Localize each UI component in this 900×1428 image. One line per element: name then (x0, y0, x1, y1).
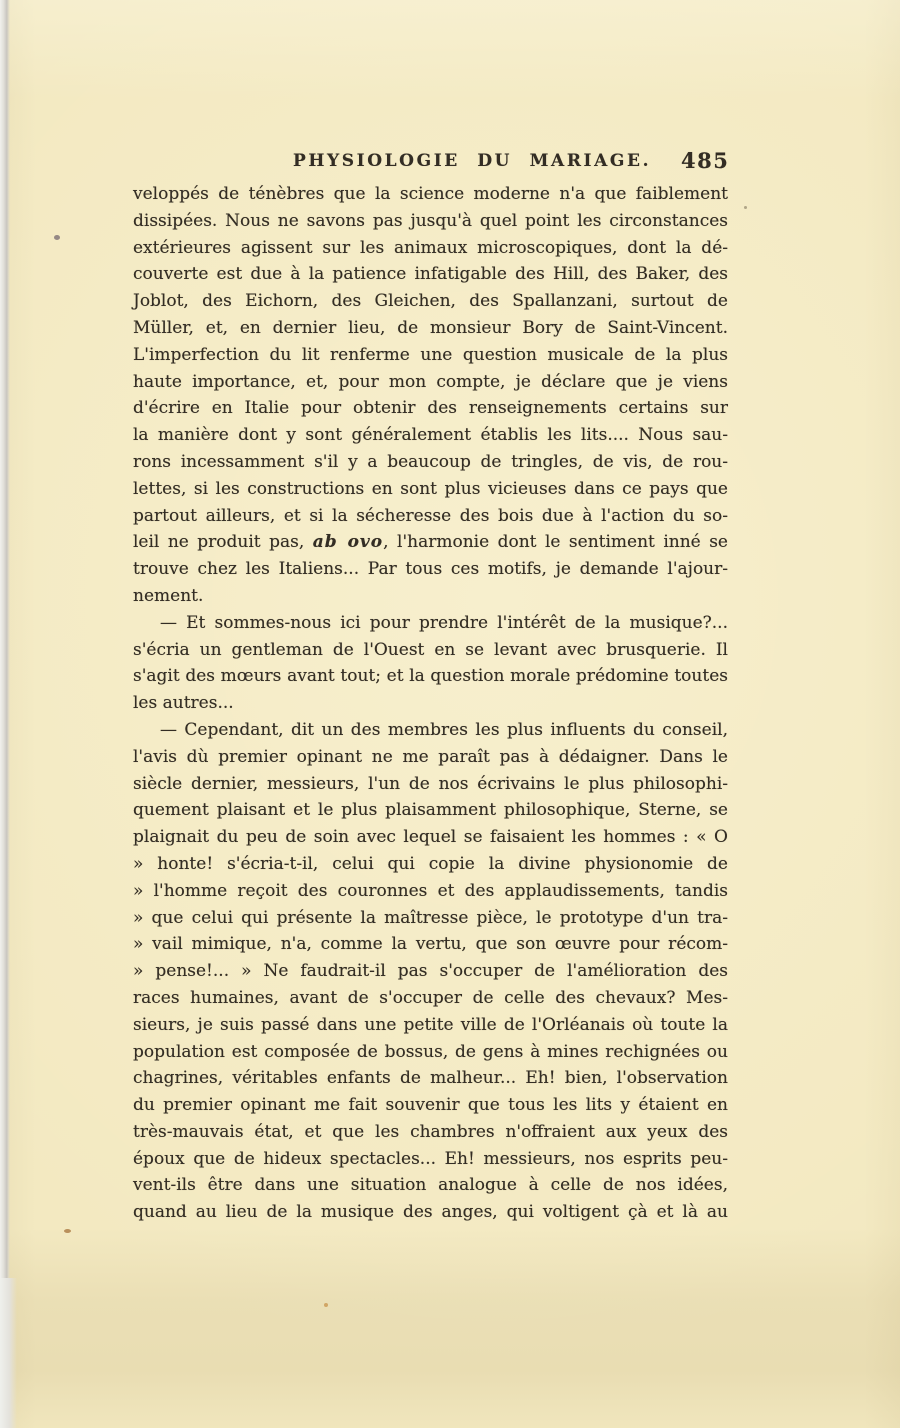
text-line: époux que de hideux spectacles... Eh! me… (133, 1146, 728, 1173)
text-line-with-latin-phrase: leil ne produit pas, ab ovo, l'harmonie … (133, 529, 728, 556)
text-line: Joblot, des Eichorn, des Gleichen, des S… (133, 288, 728, 315)
scan-edge-bottom-left (0, 1278, 17, 1428)
text-line-quoted: » l'homme reçoit des couronnes et des ap… (133, 878, 728, 905)
page-title: PHYSIOLOGIE DU MARIAGE. (293, 151, 651, 171)
text-line: — Et sommes-nous ici pour prendre l'inté… (133, 610, 728, 637)
running-header: PHYSIOLOGIE DU MARIAGE. 485 (0, 0, 900, 40)
text-line-quoted: » pense!... » Ne faudrait-il pas s'occup… (133, 958, 728, 985)
text-line: vent-ils être dans une situation analogu… (133, 1172, 728, 1199)
text-line: lettes, si les constructions en sont plu… (133, 476, 728, 503)
text-line: l'avis dù premier opinant ne me paraît p… (133, 744, 728, 771)
text-line: plaignait du peu de soin avec lequel se … (133, 824, 728, 851)
text-line: Müller, et, en dernier lieu, de monsieur… (133, 315, 728, 342)
text-line-quoted: » vail mimique, n'a, comme la vertu, que… (133, 931, 728, 958)
text-line: s'agit des mœurs avant tout; et la quest… (133, 663, 728, 690)
text-line: L'imperfection du lit renferme une quest… (133, 342, 728, 369)
ink-speck (744, 206, 747, 209)
body-text: veloppés de ténèbres que la science mode… (133, 181, 728, 1226)
page-number: 485 (681, 148, 729, 173)
text-line: d'écrire en Italie pour obtenir des rens… (133, 395, 728, 422)
text-line: dissipées. Nous ne savons pas jusqu'à qu… (133, 208, 728, 235)
ink-speck (324, 1303, 328, 1307)
text-line: extérieures agissent sur les animaux mic… (133, 235, 728, 262)
text-line: couverte est due à la patience infatigab… (133, 261, 728, 288)
scanned-book-page: PHYSIOLOGIE DU MARIAGE. 485 veloppés de … (0, 0, 900, 1428)
latin-phrase-italic: ab ovo (313, 532, 383, 552)
scan-edge-left (0, 0, 10, 1428)
text-line: quand au lieu de la musique des anges, q… (133, 1199, 728, 1226)
text-line: population est composée de bossus, de ge… (133, 1039, 728, 1066)
text-line: rons incessamment s'il y a beaucoup de t… (133, 449, 728, 476)
text-line: trouve chez les Italiens... Par tous ces… (133, 556, 728, 583)
text-line: chagrines, véritables enfants de malheur… (133, 1065, 728, 1092)
text-line: les autres... (133, 690, 728, 717)
ink-speck (54, 235, 60, 240)
text-segment: leil ne produit pas, (133, 532, 313, 552)
text-line: du premier opinant me fait souvenir que … (133, 1092, 728, 1119)
text-segment: , l'harmonie dont le sentiment inné se (383, 532, 728, 552)
text-line: nement. (133, 583, 728, 610)
text-line: haute importance, et, pour mon compte, j… (133, 369, 728, 396)
text-line: siècle dernier, messieurs, l'un de nos é… (133, 771, 728, 798)
text-line: quement plaisant et le plus plaisamment … (133, 797, 728, 824)
text-line-quoted: » que celui qui présente la maîtresse pi… (133, 905, 728, 932)
text-line: veloppés de ténèbres que la science mode… (133, 181, 728, 208)
text-line: très-mauvais état, et que les chambres n… (133, 1119, 728, 1146)
ink-speck (64, 1229, 71, 1233)
text-line: partout ailleurs, et si la sécheresse de… (133, 503, 728, 530)
text-line: races humaines, avant de s'occuper de ce… (133, 985, 728, 1012)
text-line: la manière dont y sont généralement étab… (133, 422, 728, 449)
text-line-quoted: » honte! s'écria-t-il, celui qui copie l… (133, 851, 728, 878)
text-line: — Cependant, dit un des membres les plus… (133, 717, 728, 744)
text-line: sieurs, je suis passé dans une petite vi… (133, 1012, 728, 1039)
text-line: s'écria un gentleman de l'Ouest en se le… (133, 637, 728, 664)
